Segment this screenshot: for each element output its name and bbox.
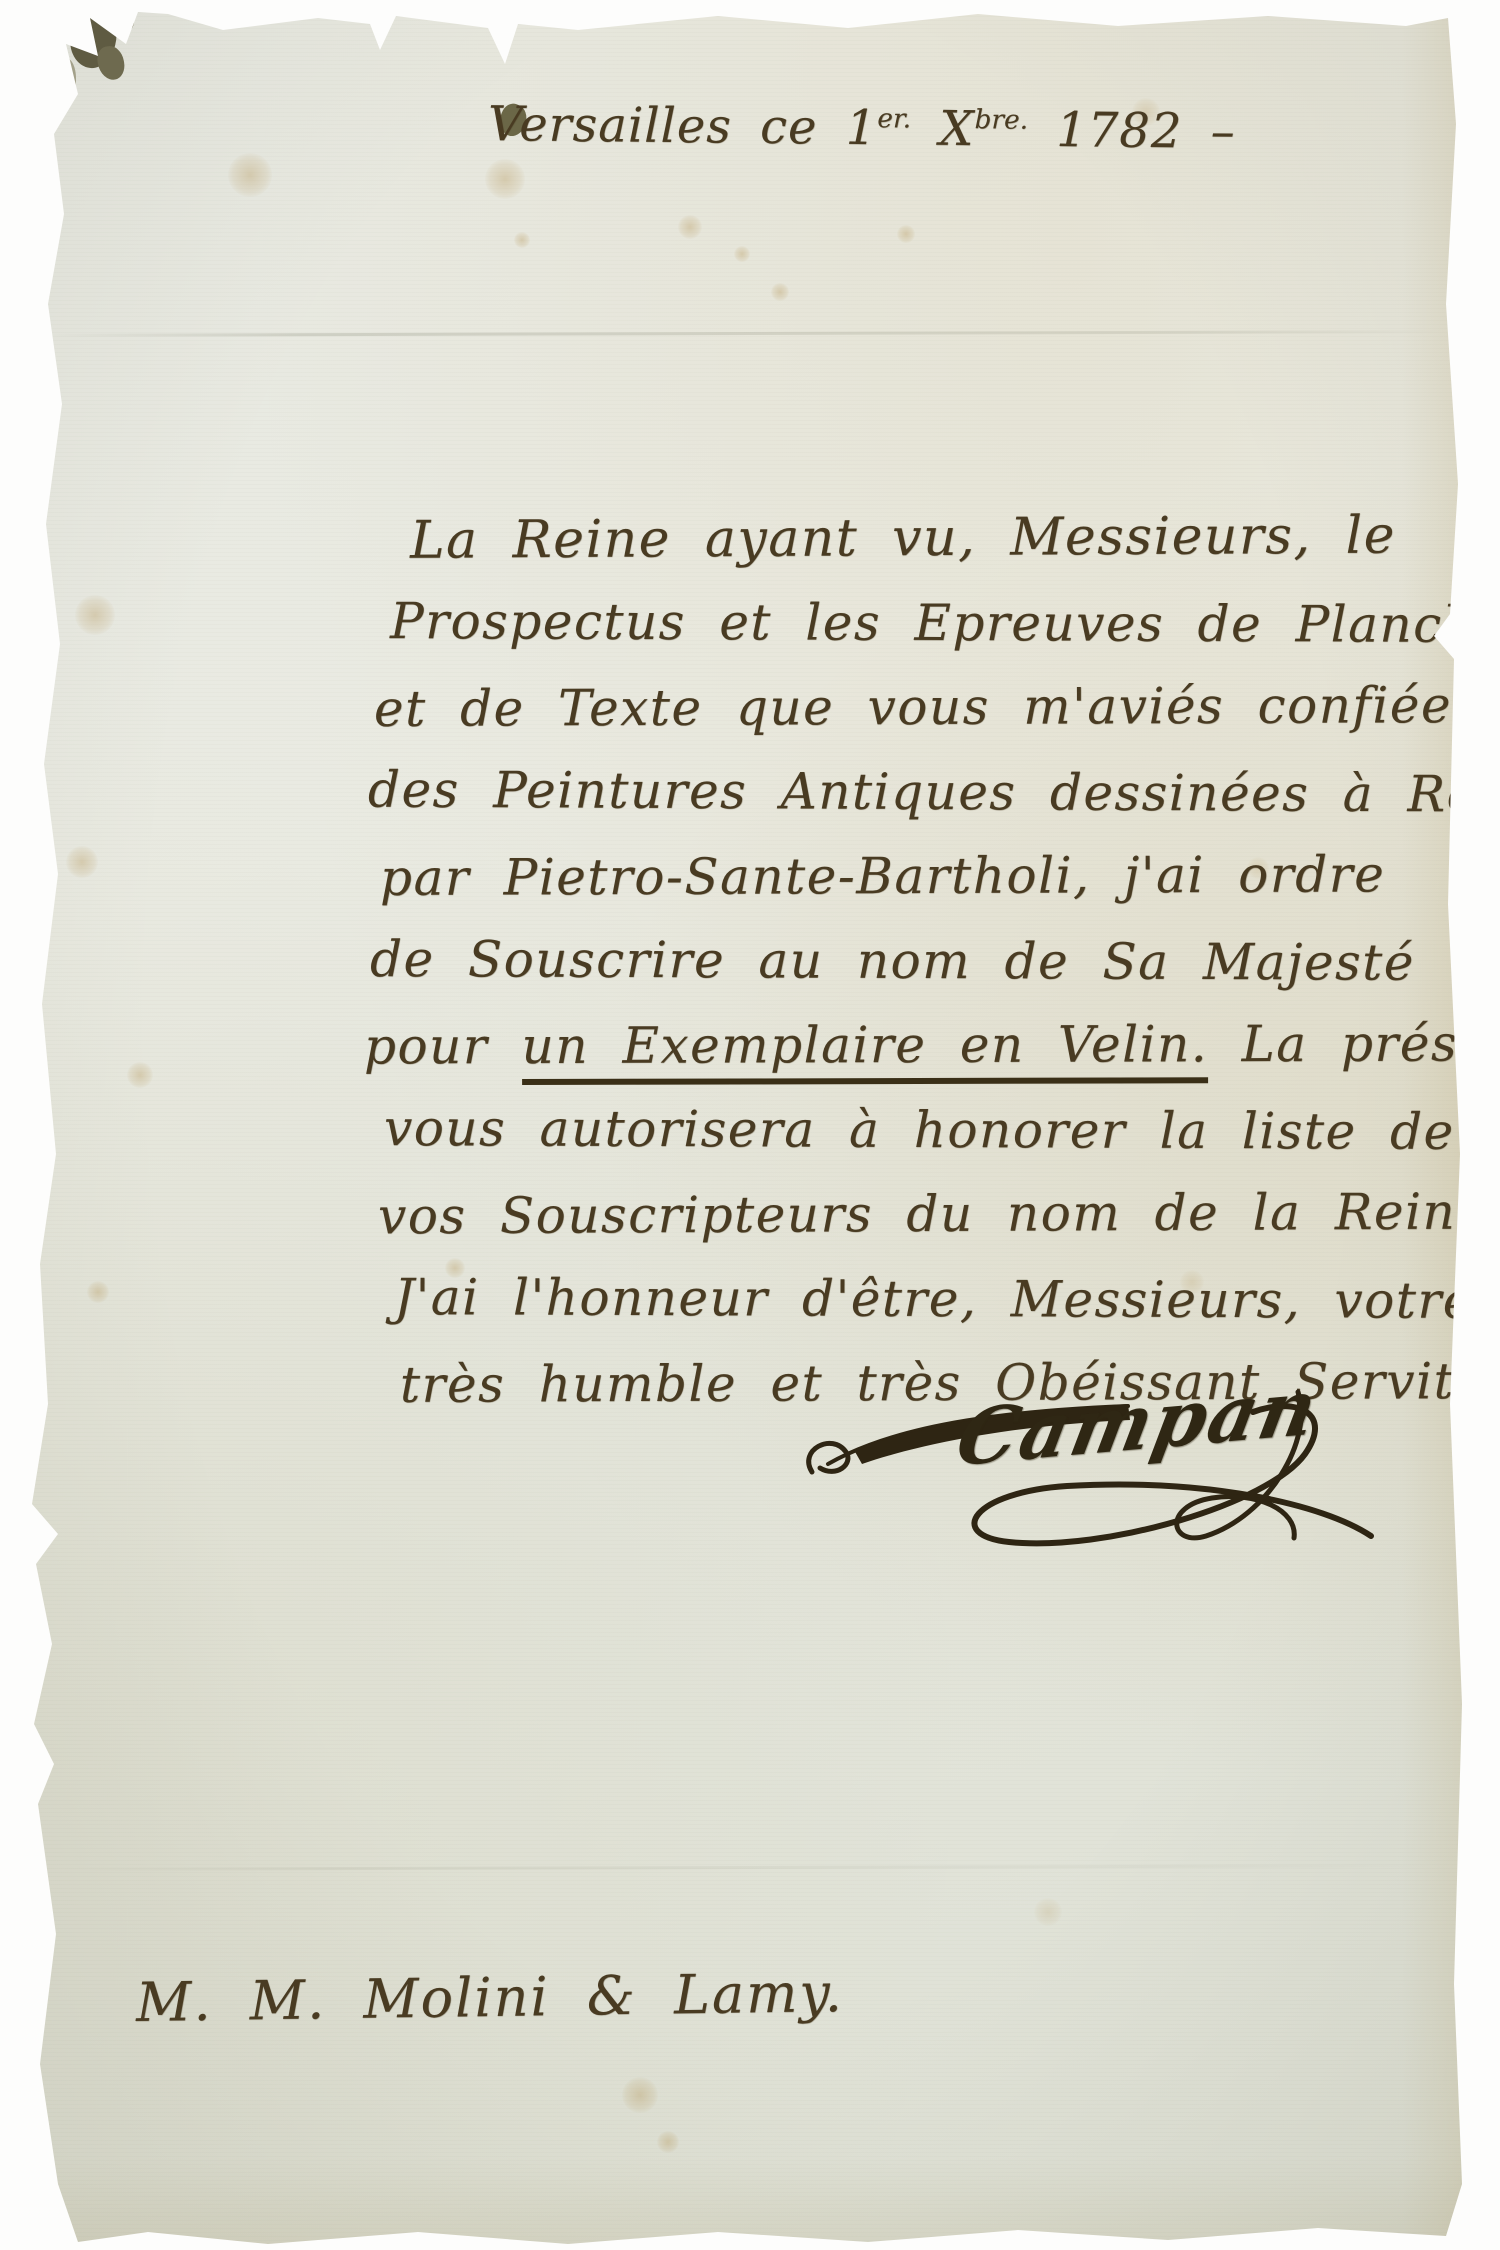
underlined-phrase: un Exemplaire en Velin. (522, 1015, 1209, 1085)
paper-crease (58, 1864, 1438, 1871)
letter-body: La Reine ayant vu, Messieurs, le Prospec… (368, 496, 1478, 1426)
stain-spot (678, 215, 702, 239)
stain-spot (897, 225, 915, 243)
stain-spot (485, 159, 525, 199)
line-text: des Peintures Antiques dessinées à Rome (368, 760, 1500, 823)
letter-line: de Souscrire au nom de Sa Majesté (370, 917, 1478, 1005)
line-text: La Reine ayant vu, Messieurs, le (410, 506, 1396, 571)
stain-spot (657, 2131, 679, 2153)
letter-line: et de Texte que vous m'aviés confiées (374, 663, 1478, 751)
scanned-letter-page: { "colors": { "ink": "#493b22", "paper":… (0, 0, 1500, 2250)
line-text: vous autorisera à honorer la liste de (384, 1099, 1455, 1161)
letter-line: par Pietro-Sante-Bartholi, j'ai ordre (380, 832, 1478, 920)
line-text: J'ai l'honneur d'être, Messieurs, votre (394, 1268, 1474, 1330)
stain-spot (622, 2077, 658, 2113)
line-text: par Pietro-Sante-Bartholi, j'ai ordre (380, 845, 1385, 907)
signature-block: Campan (798, 1376, 1378, 1586)
paper-tear (95, 44, 127, 82)
stain-spot (127, 1062, 153, 1088)
letter-dateline: Versailles ce 1er. Xbre. 1782 – (488, 96, 1236, 160)
line-text: de Souscrire au nom de Sa Majesté (370, 930, 1415, 992)
paper-edge-toning (18, 2156, 1482, 2246)
letter-line: des Peintures Antiques dessinées à Rome (368, 747, 1478, 836)
dateline-superscript: er. (877, 103, 911, 134)
line-text: La présente (1208, 1014, 1500, 1073)
line-text: vos Souscripteurs du nom de la Reine. (378, 1182, 1500, 1245)
paper-crease (48, 330, 1448, 337)
stain-spot (87, 1281, 109, 1303)
dateline-month: X (911, 101, 975, 158)
letter-line: Prospectus et les Epreuves de Planche (390, 579, 1478, 667)
paper-tear (56, 58, 76, 98)
dateline-year: 1782 – (1028, 102, 1236, 160)
stain-spot (734, 246, 750, 262)
letter-line: vous autorisera à honorer la liste de (384, 1086, 1478, 1174)
manuscript-paper: Versailles ce 1er. Xbre. 1782 – La Reine… (18, 4, 1482, 2246)
letter-line: vos Souscripteurs du nom de la Reine. (378, 1170, 1478, 1259)
letter-line: La Reine ayant vu, Messieurs, le (410, 493, 1478, 583)
line-text: Prospectus et les Epreuves de Planche (390, 592, 1500, 654)
letter-line-underlined: pour un Exemplaire en Velin. La présente (364, 1002, 1478, 1089)
letter-line: J'ai l'honneur d'être, Messieurs, votre (394, 1255, 1478, 1343)
stain-spot (514, 232, 530, 248)
line-text: pour (364, 1017, 522, 1075)
paper-tear (116, 8, 134, 32)
line-text: et de Texte que vous m'aviés confiées (374, 676, 1479, 738)
dateline-place: Versailles ce 1 (488, 96, 878, 156)
dateline-superscript: bre. (974, 104, 1028, 136)
stain-spot (66, 846, 98, 878)
stain-spot (228, 153, 272, 197)
stain-spot (771, 283, 789, 301)
addressee-line: M. M. Molini & Lamy. (136, 1961, 845, 2034)
stain-spot (75, 595, 115, 635)
stain-spot (1034, 1898, 1062, 1926)
